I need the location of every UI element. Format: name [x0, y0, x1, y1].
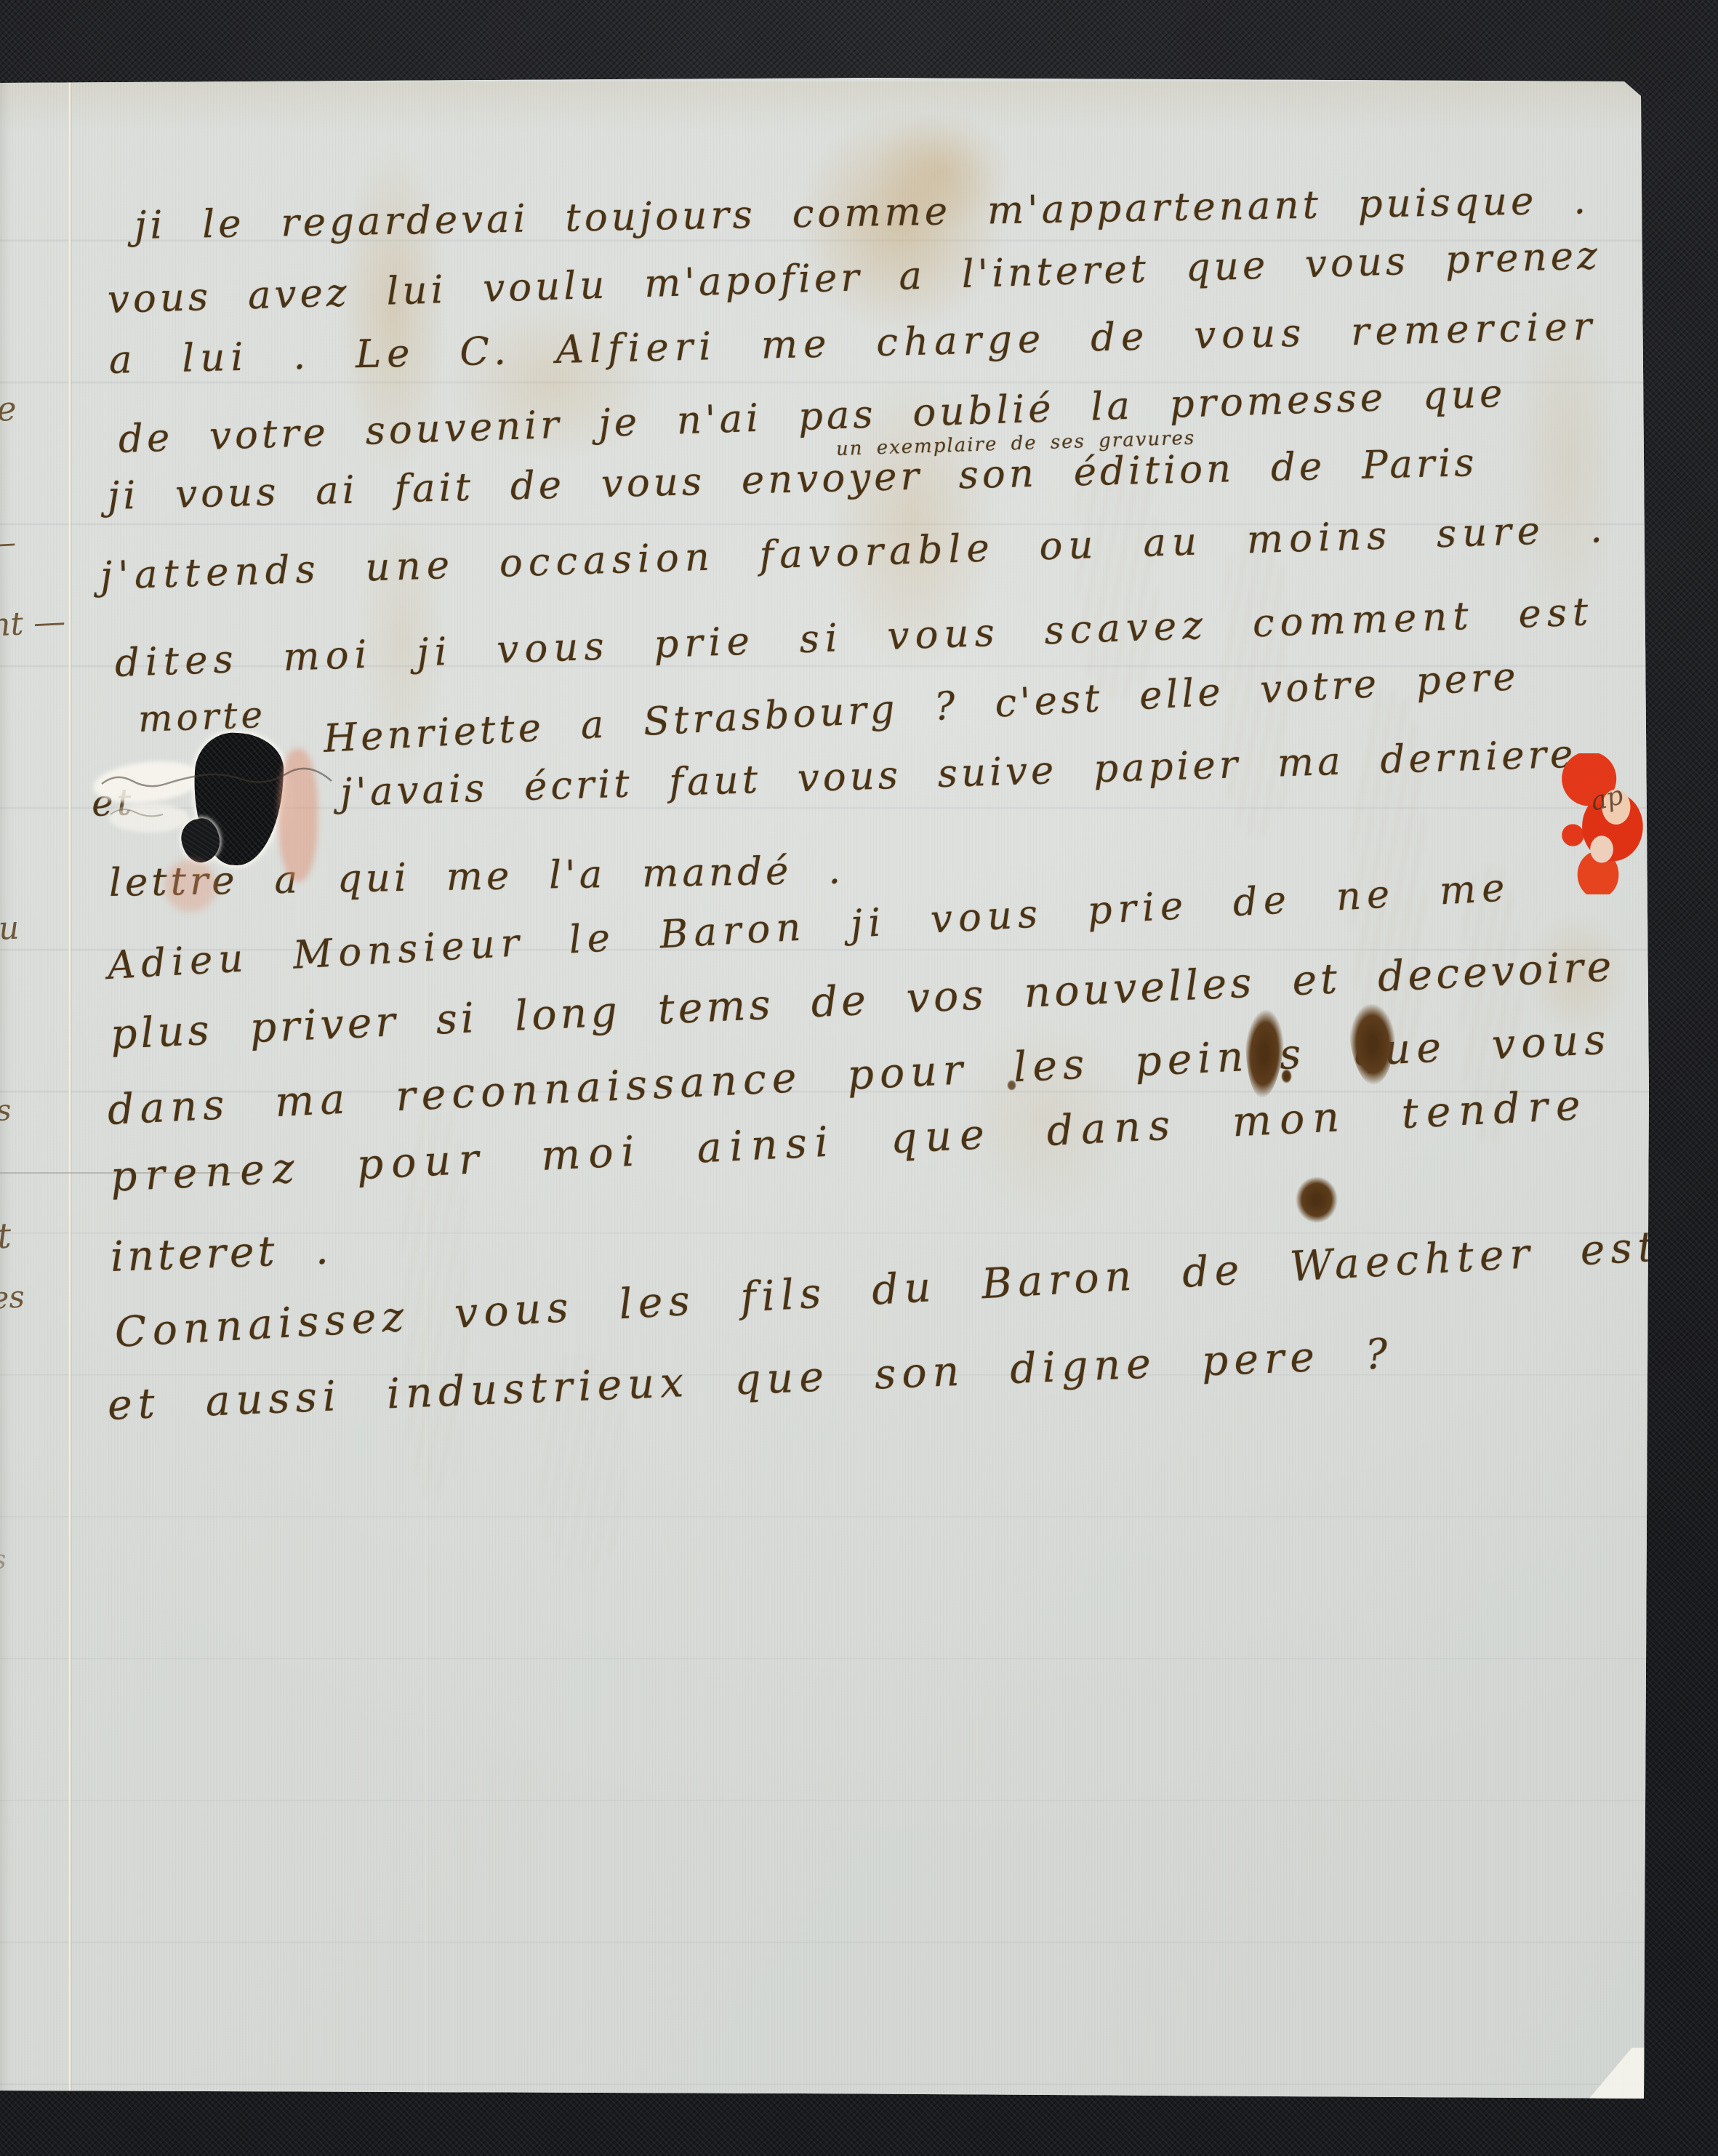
- photograph-background-fabric: ge — nt — eu is t les s ji le regardevai…: [0, 0, 1718, 2156]
- letter-page: ge — nt — eu is t les s ji le regardevai…: [0, 0, 1718, 2156]
- ink-blot: [1296, 1177, 1338, 1223]
- wax-seal-remnant: ap: [1560, 753, 1650, 894]
- seal-ink-mark: ap: [1588, 780, 1626, 817]
- ink-blot: [1281, 1069, 1292, 1083]
- page-corner-curl: [1582, 2048, 1649, 2099]
- ink-blot: [1007, 1080, 1016, 1091]
- tear-scratch-marks: [0, 0, 1718, 2156]
